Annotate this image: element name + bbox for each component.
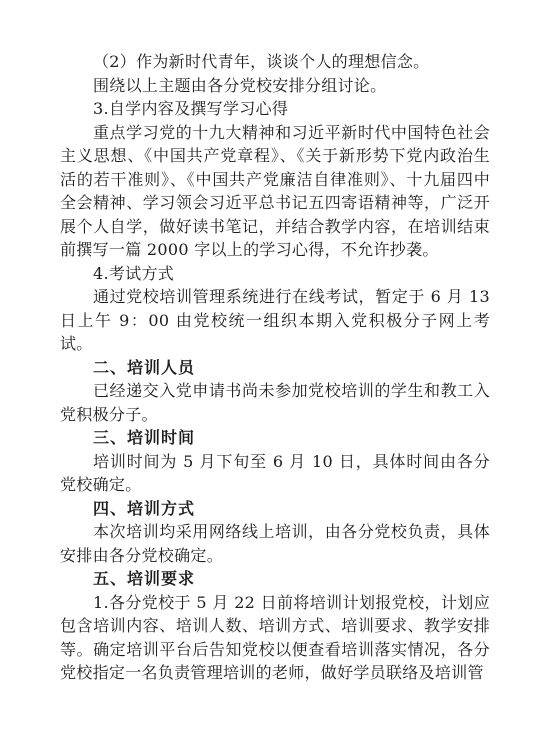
paragraph: 重点学习党的十九大精神和习近平新时代中国特色社会主义思想、《中国共产党章程》、《…: [60, 121, 490, 262]
paragraph: 围绕以上主题由各分党校安排分组讨论。: [60, 74, 490, 98]
paragraph: 三、培训时间: [60, 426, 490, 450]
paragraph: 通过党校培训管理系统进行在线考试，暂定于 6 月 13 日上午 9：00 由党校…: [60, 285, 490, 356]
paragraph: 已经递交入党申请书尚未参加党校培训的学生和教工入党积极分子。: [60, 379, 490, 426]
paragraph: 本次培训均采用网络线上培训，由各分党校负责，具体安排由各分党校确定。: [60, 520, 490, 567]
paragraph: 4.考试方式: [60, 262, 490, 286]
paragraph: 五、培训要求: [60, 567, 490, 591]
paragraph: 1.各分党校于 5 月 22 日前将培训计划报党校，计划应包含培训内容、培训人数…: [60, 591, 490, 685]
document-page: （2）作为新时代青年，谈谈个人的理想信念。围绕以上主题由各分党校安排分组讨论。3…: [0, 0, 542, 756]
paragraph: 培训时间为 5 月下旬至 6 月 10 日，具体时间由各分党校确定。: [60, 450, 490, 497]
paragraph: 二、培训人员: [60, 356, 490, 380]
paragraph: 3.自学内容及撰写学习心得: [60, 97, 490, 121]
paragraph: 四、培训方式: [60, 497, 490, 521]
paragraph: （2）作为新时代青年，谈谈个人的理想信念。: [60, 50, 490, 74]
document-body: （2）作为新时代青年，谈谈个人的理想信念。围绕以上主题由各分党校安排分组讨论。3…: [60, 50, 490, 685]
